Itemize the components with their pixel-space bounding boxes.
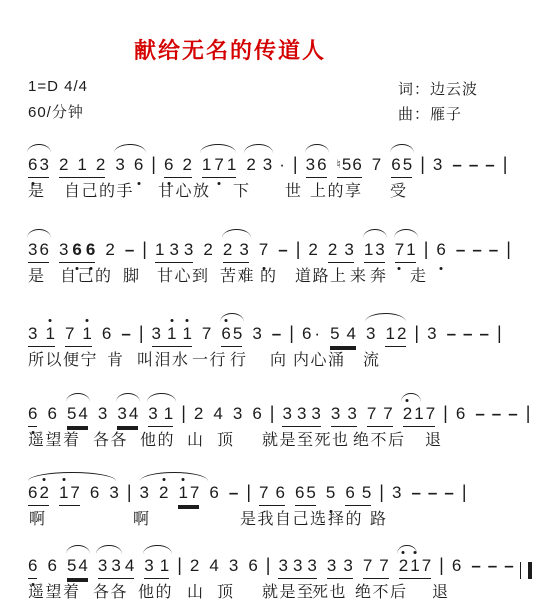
lyric-syllable: 退 [425, 427, 443, 450]
lyrics-line: 啊啊是我自己选择的路 [28, 506, 528, 530]
system-3: 31716–|3117653–|6·54312|3–––|所以便宁肯叫泪水一行行… [28, 315, 530, 377]
note-digit: 6 [352, 156, 361, 175]
dash: – [471, 556, 480, 576]
note-digit: 1 [410, 557, 419, 576]
note-digit: 2 [159, 484, 168, 503]
note-group: 6 [47, 557, 56, 578]
note-digit: 2 [39, 484, 48, 503]
note-group: 334 [98, 557, 134, 579]
note-group: 3 [98, 405, 107, 426]
note-digit: 3 [392, 484, 401, 503]
barline: | [414, 323, 419, 344]
note-digit: 2 [203, 241, 212, 260]
note-digit: 3 [144, 557, 153, 576]
duration-dashes: – [229, 483, 238, 503]
note-digit: 3 [311, 405, 320, 424]
lyric-syllable: 死也 [312, 579, 347, 602]
note-group: 6· [302, 325, 320, 346]
note-group: 34 [117, 405, 138, 427]
note-group: 77 [367, 405, 393, 427]
note-digit: 6 [209, 484, 218, 503]
note-group: 17 [178, 484, 199, 506]
duration-dashes: – [272, 324, 281, 344]
barline: | [379, 482, 384, 503]
note-digit: 2 [223, 241, 232, 260]
lyric-syllable: 道路上 [295, 263, 348, 286]
slur-arc [66, 545, 90, 554]
note-group: 77 [363, 557, 389, 579]
tempo-marking: 60/分钟 [28, 101, 84, 122]
note-group: 31 [144, 557, 169, 579]
barline: | [443, 403, 448, 424]
note-digit: 2 [403, 405, 412, 424]
note-group: 7 [202, 325, 211, 346]
lyric-syllable: 择的 [328, 506, 363, 529]
note-group: 13 [364, 241, 385, 263]
barline: | [246, 482, 251, 503]
dash: – [229, 483, 238, 503]
sheet-music-page: 献给无名的传道人 1=D 4/4 60/分钟 词：边云波 曲：雁子 632123… [0, 0, 540, 605]
note-digit: 3 [28, 241, 37, 260]
note-digit: 2 [328, 241, 337, 260]
note-digit: 6 [452, 557, 461, 576]
note-digit: 6 [47, 557, 56, 576]
lyric-syllable: 路 [370, 506, 388, 529]
note-digit: 7 [259, 241, 268, 260]
barline: | [420, 154, 425, 175]
note-digit: 7 [214, 156, 223, 175]
dash: – [488, 556, 497, 576]
note-group: 6 [28, 405, 37, 427]
lyricist-credit: 词：边云波 [398, 78, 478, 99]
note-digit: 1 [414, 405, 423, 424]
lyric-syllable: 自己的 [60, 263, 113, 286]
note-digit: 2 [308, 241, 317, 260]
note-group: 33 [331, 405, 357, 427]
note-digit: 3 [98, 557, 107, 576]
lyrics-line: 所以便宁肯叫泪水一行行向内心涌流 [28, 347, 528, 371]
note-digit: 2 [246, 156, 255, 175]
note-digit: 6 [252, 405, 261, 424]
note-digit: 3 [327, 557, 336, 576]
lyrics-line: 是自己的手甘心放下世上的享受 [28, 178, 528, 202]
lyric-syllable: 各各 [93, 427, 128, 450]
note-digit: 6 [456, 405, 465, 424]
system-6: 665433431|2436|3333377217|6–––遥望着各各他的山顶就… [28, 547, 530, 605]
note-digit: 3 [59, 241, 68, 260]
lyric-syllable: 内心 [293, 347, 328, 370]
lyric-syllable: 所以便宁 [28, 347, 98, 370]
note-digit: 7 [383, 405, 392, 424]
note-digit: 6 [39, 241, 48, 260]
note-digit: 7 [202, 325, 211, 344]
lyric-syllable: 肯 [107, 347, 125, 370]
note-group: 217 [399, 557, 431, 579]
note-digit: · [314, 325, 320, 344]
note-digit: 3 [39, 156, 48, 175]
note-digit: 2 [190, 557, 199, 576]
note-digit: 3 [229, 557, 238, 576]
note-digit: 1 [164, 405, 173, 424]
note-digit: 7 [190, 484, 199, 503]
lyrics-line: 是自己的脚甘心到苦难的道路上来奔走 [28, 263, 528, 287]
dash: – [456, 240, 465, 260]
note-digit: 3 [111, 557, 120, 576]
note-digit: 3 [297, 405, 306, 424]
slur-arc [200, 144, 236, 153]
note-digit: 1 [406, 241, 415, 260]
note-digit: 6 [221, 325, 230, 344]
dash: – [504, 556, 513, 576]
note-digit: 6 [72, 241, 81, 260]
slur-arc [96, 545, 121, 554]
note-digit: 2 [399, 557, 408, 576]
note-digit: 3 [140, 484, 149, 503]
lyric-syllable: 他的 [138, 579, 173, 602]
slur-arc [27, 144, 51, 153]
duration-dashes: ––– [411, 483, 453, 503]
note-group: 3 [433, 156, 442, 177]
note-digit: 6 [436, 241, 445, 260]
note-digit: 1 [178, 484, 187, 503]
dash: – [447, 324, 456, 344]
lyric-syllable: 奔 [370, 263, 388, 286]
lyric-syllable: 叫泪水 [137, 347, 190, 370]
note-group: 2 [105, 241, 114, 262]
note-group: 6 [47, 405, 56, 426]
note-digit: 1 [45, 325, 54, 344]
note-group: 23 [328, 241, 354, 263]
lyric-syllable: 脚 [123, 263, 141, 286]
barline: | [526, 403, 531, 424]
note-group: 212 [59, 156, 105, 178]
note-group: 6 [102, 325, 111, 346]
slur-arc [305, 144, 329, 153]
note-digit: 1 [155, 241, 164, 260]
system-5: 621763|32176–|7665565|3–––|啊啊是我自己选择的路 [28, 474, 530, 536]
barline: | [462, 482, 467, 503]
lyric-syllable: 向 [270, 347, 288, 370]
note-digit: 6 [90, 484, 99, 503]
final-barline [520, 562, 532, 579]
note-digit: 3 [282, 405, 291, 424]
lyric-syllable: 来 [350, 263, 368, 286]
barline: | [497, 323, 502, 344]
lyric-syllable: 啊 [29, 506, 47, 529]
note-group: 62 [28, 484, 49, 506]
note-digit: 3 [375, 241, 384, 260]
note-group: 2 [203, 241, 212, 262]
note-digit: 2 [59, 156, 68, 175]
lyric-syllable: 一行 [192, 347, 227, 370]
note-group: 6 [456, 405, 465, 426]
barline: | [151, 154, 156, 175]
note-digit: 3 [433, 156, 442, 175]
slur-arc [401, 393, 420, 402]
note-digit: 1 [385, 325, 394, 344]
lyric-syllable: 啊 [133, 506, 151, 529]
lyric-syllable: 他的 [140, 427, 175, 450]
note-digit: ♮ [337, 158, 341, 171]
lyric-syllable: 上的享 [310, 178, 363, 201]
dash: – [489, 240, 498, 260]
note-group: ♮56 [337, 156, 362, 178]
lyric-syllable: 走 [410, 263, 428, 286]
note-group: 2 [190, 557, 199, 578]
note-digit: 3 [306, 156, 315, 175]
barline: | [289, 323, 294, 344]
note-digit: 6 [302, 325, 311, 344]
lyric-syllable: 受 [390, 178, 408, 201]
note-group: 311 [152, 325, 192, 347]
note-digit: 3 [184, 241, 193, 260]
note-group: 6 [248, 557, 257, 578]
barline: | [270, 403, 275, 424]
note-digit: 6 [391, 156, 400, 175]
note-group: 36 [306, 156, 327, 178]
lyric-syllable: 顶 [217, 579, 235, 602]
note-group: 23 [223, 241, 249, 263]
slur-arc [147, 393, 176, 402]
note-digit: 4 [347, 325, 356, 344]
duration-dashes: ––– [475, 404, 517, 424]
note-group: 217 [403, 405, 435, 427]
note-group: 36 [28, 241, 49, 263]
dash: – [480, 324, 489, 344]
slur-arc [116, 393, 140, 402]
duration-dashes: – [125, 240, 134, 260]
note-digit: 6 [86, 241, 95, 260]
note-digit: 4 [78, 557, 87, 576]
note-group: 6 [90, 484, 99, 505]
note-group: 3 [229, 557, 238, 578]
note-digit: 3 [344, 241, 353, 260]
note-digit: 6 [28, 156, 37, 175]
note-group: 6 [452, 557, 461, 578]
slur-arc [365, 313, 407, 322]
note-group: 2 [194, 405, 203, 426]
note-digit: 3 [152, 325, 161, 344]
note-digit: 3 [263, 156, 272, 175]
dash: – [508, 404, 517, 424]
barline: | [293, 154, 298, 175]
note-group: 3 [140, 484, 149, 505]
note-digit: 1 [59, 484, 68, 503]
duration-dashes: ––– [447, 324, 489, 344]
note-digit: 3 [252, 325, 261, 344]
note-digit: 3 [169, 241, 178, 260]
lyrics-line: 遥望着各各他的山顶就是至死也绝不后退 [28, 427, 528, 451]
note-digit: 7 [367, 405, 376, 424]
barline: | [424, 239, 429, 260]
lyric-syllable: 山 [187, 427, 205, 450]
note-group: 76 [259, 484, 285, 506]
barline: | [127, 482, 132, 503]
dash: – [278, 240, 287, 260]
duration-dashes: ––– [456, 240, 498, 260]
note-digit: 5 [67, 557, 76, 576]
lyric-syllable: 绝不后 [353, 427, 406, 450]
system-1: 6321236|6217123·|36♮56765|3–––|是自己的手甘心放下… [28, 146, 530, 208]
note-digit: 6 [102, 325, 111, 344]
note-digit: 6 [317, 156, 326, 175]
system-2: 363662–|1332237–|2231371|6–––|是自己的脚甘心到苦难… [28, 231, 530, 293]
note-group: 133 [155, 241, 193, 263]
note-digit: 7 [70, 484, 79, 503]
note-group: 65 [391, 156, 412, 178]
note-group: 3 [252, 325, 261, 346]
note-group: 3 [233, 405, 242, 426]
lyric-syllable: 遥望着 [28, 579, 81, 602]
slur-arc [28, 472, 116, 481]
barline: | [142, 239, 147, 260]
note-digit: 5 [326, 484, 335, 503]
note-group: 2 [308, 241, 317, 262]
note-group: 333 [282, 405, 320, 427]
lyric-syllable: 退 [432, 579, 450, 602]
note-group: 65 [221, 325, 242, 347]
dash: – [121, 324, 130, 344]
note-digit: 7 [259, 484, 268, 503]
note-digit: 3 [347, 405, 356, 424]
lyric-syllable: 各各 [93, 579, 128, 602]
note-group: 333 [278, 557, 316, 579]
note-digit: 3 [109, 484, 118, 503]
note-digit: 3 [278, 557, 287, 576]
barline: | [506, 239, 511, 260]
note-digit: 2 [194, 405, 203, 424]
note-group: 6 [252, 405, 261, 426]
note-digit: 2 [397, 325, 406, 344]
note-group: 54 [330, 325, 356, 347]
note-group: 65 [295, 484, 316, 506]
note-digit: 3 [233, 405, 242, 424]
barline: | [266, 555, 271, 576]
note-digit: 5 [67, 405, 76, 424]
note-digit: 5 [233, 325, 242, 344]
slur-arc [66, 393, 90, 402]
note-group: 65 [345, 484, 371, 506]
note-digit: 3 [28, 325, 37, 344]
note-digit: 6 [28, 484, 37, 503]
note-digit: 6 [28, 405, 37, 424]
note-digit: 7 [422, 557, 431, 576]
note-digit: 3 [117, 405, 126, 424]
note-digit: 6 [164, 156, 173, 175]
note-group: 31 [28, 325, 55, 347]
note-digit: 3 [98, 405, 107, 424]
note-group: 63 [28, 156, 49, 178]
note-group: 6 [436, 241, 445, 262]
lyric-syllable: 的 [260, 263, 278, 286]
note-digit: 3 [307, 557, 316, 576]
note-digit: 4 [125, 557, 134, 576]
slur-arc [27, 229, 51, 238]
note-digit: 1 [364, 241, 373, 260]
lyric-syllable: 放 [193, 178, 211, 201]
lyric-syllable: 甘心 [158, 178, 193, 201]
note-group: 7 [259, 241, 268, 262]
note-digit: 6 [345, 484, 354, 503]
note-digit: 1 [227, 156, 236, 175]
lyric-syllable: 行 [230, 347, 248, 370]
slur-arc [222, 229, 252, 238]
note-group: 6 [28, 557, 37, 579]
note-digit: 7 [65, 325, 74, 344]
note-group: 36 [115, 156, 143, 177]
note-group: 54 [67, 405, 88, 427]
note-group: 3 [109, 484, 118, 505]
note-group: 31 [148, 405, 173, 427]
note-group: 3 [427, 325, 436, 346]
note-digit: 3 [343, 557, 352, 576]
note-digit: 7 [426, 405, 435, 424]
note-digit: 6 [248, 557, 257, 576]
slur-arc [143, 545, 172, 554]
note-digit: 2 [96, 156, 105, 175]
lyric-syllable: 苦难 [220, 263, 255, 286]
note-digit: 3 [115, 156, 124, 175]
note-digit: 5 [330, 325, 339, 344]
barline: | [139, 323, 144, 344]
lyric-syllable: 山 [187, 579, 205, 602]
note-group: 54 [67, 557, 88, 579]
note-group: 171 [202, 156, 236, 178]
dash: – [272, 324, 281, 344]
note-digit: 4 [209, 557, 218, 576]
note-digit: 7 [372, 156, 381, 175]
barline: | [181, 403, 186, 424]
barline: | [503, 154, 508, 175]
lyric-syllable: 流 [363, 347, 381, 370]
note-digit: 7 [379, 557, 388, 576]
note-digit: 5 [342, 156, 351, 175]
lyric-syllable: 遥望着 [28, 427, 81, 450]
note-digit: 5 [362, 484, 371, 503]
lyrics-line: 遥望着各各他的山顶就是至死也绝不后退 [28, 579, 528, 603]
lyric-syllable: 涌 [328, 347, 346, 370]
note-digit: 6 [275, 484, 284, 503]
composer-credit: 曲：雁子 [398, 103, 462, 124]
dash: – [492, 404, 501, 424]
note-group: 4 [209, 557, 218, 578]
note-digit: 3 [331, 405, 340, 424]
lyric-syllable: 就是至 [262, 579, 315, 602]
slur-arc [114, 144, 146, 153]
dash: – [428, 483, 437, 503]
note-group: 6 [209, 484, 218, 505]
slur-arc [244, 144, 273, 153]
note-group: 3 [392, 484, 401, 505]
note-digit: · [279, 156, 285, 175]
note-digit: 5 [306, 484, 315, 503]
lyric-syllable: 下 [233, 178, 251, 201]
note-group: 62 [164, 156, 192, 178]
note-digit: 3 [293, 557, 302, 576]
note-digit: 3 [427, 325, 436, 344]
note-group: 71 [65, 325, 92, 347]
lyric-syllable: 甘心到 [157, 263, 210, 286]
dash: – [472, 240, 481, 260]
note-group: 5 [326, 484, 335, 505]
barline: | [177, 555, 182, 576]
note-digit: 3 [148, 405, 157, 424]
lyric-syllable: 就是至死也 [262, 427, 350, 450]
key-signature: 1=D 4/4 [28, 78, 88, 95]
note-digit: 3 [366, 325, 375, 344]
note-digit: 1 [202, 156, 211, 175]
note-digit: 1 [77, 156, 86, 175]
